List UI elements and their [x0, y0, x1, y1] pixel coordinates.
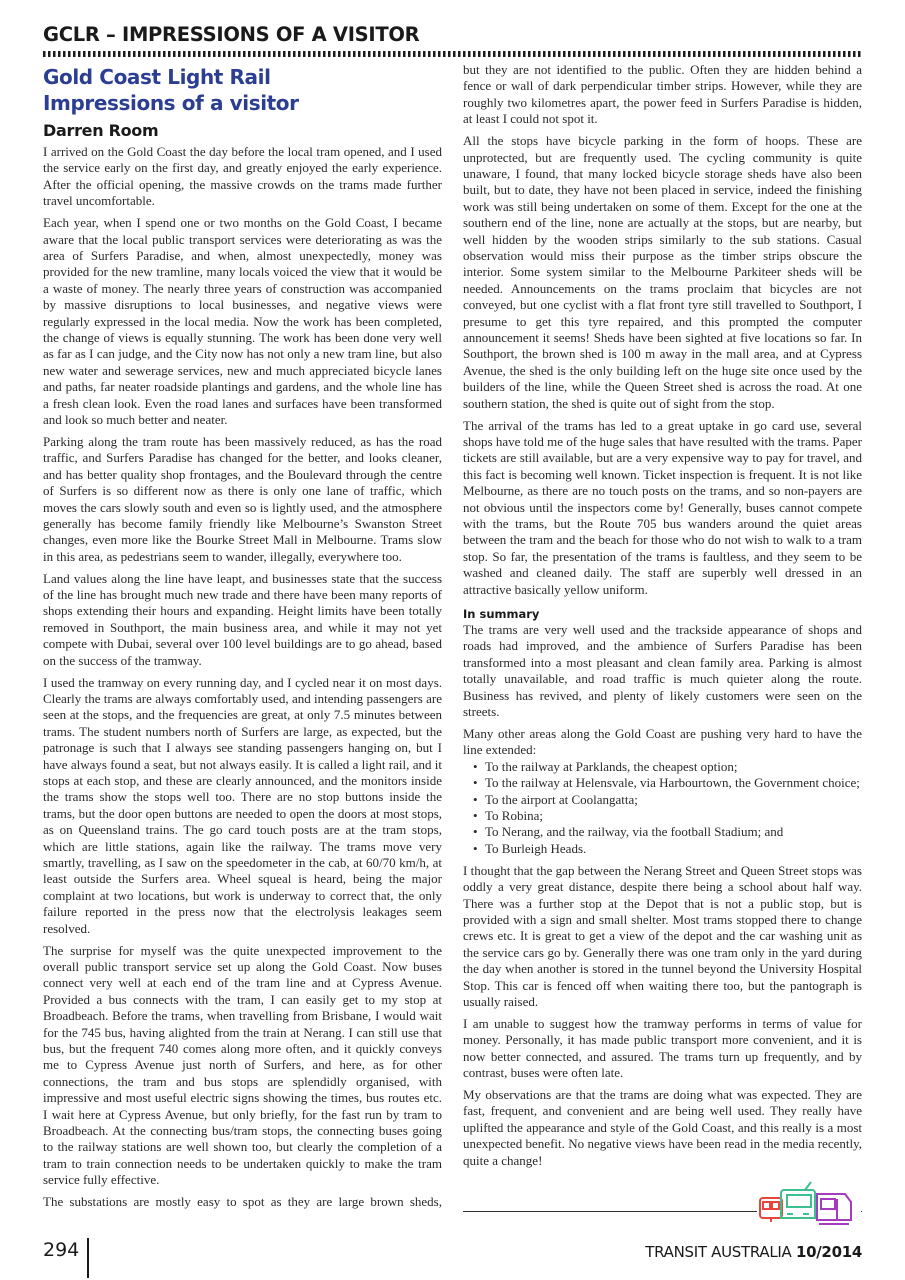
footer-page-number: 294 [43, 1238, 89, 1278]
paragraph: The substations are mostly easy to spot … [43, 1194, 442, 1210]
paragraph: Parking along the tram route has been ma… [43, 434, 442, 565]
article-author: Darren Room [43, 120, 442, 142]
paragraph: I used the tramway on every running day,… [43, 675, 442, 938]
extension-list: To the railway at Parklands, the cheapes… [463, 759, 862, 857]
paragraph: My observations are that the trams are d… [463, 1087, 862, 1169]
paragraph: I thought that the gap between the Neran… [463, 863, 862, 1011]
paragraph: All the stops have bicycle parking in th… [463, 133, 862, 412]
left-column: Gold Coast Light Rail Impressions of a v… [43, 64, 442, 1216]
page-number: 294 [43, 1238, 79, 1262]
paragraph: The surprise for myself was the quite un… [43, 943, 442, 1189]
paragraph: I am unable to suggest how the tramway p… [463, 1016, 862, 1082]
paragraph: but they are not identified to the publi… [463, 62, 862, 128]
paragraph: Many other areas along the Gold Coast ar… [463, 726, 862, 759]
paragraph: I arrived on the Gold Coast the day befo… [43, 144, 442, 210]
list-item: To the railway at Helensvale, via Harbou… [473, 775, 862, 791]
publication-name: TRANSIT AUSTRALIA [645, 1243, 791, 1261]
list-item: To the railway at Parklands, the cheapes… [473, 759, 862, 775]
article-title-line2: Impressions of a visitor [43, 90, 442, 116]
dotted-rule-divider [43, 51, 863, 57]
right-column: but they are not identified to the publi… [463, 62, 862, 1175]
list-item: To Nerang, and the railway, via the foot… [473, 824, 862, 840]
list-item: To Robina; [473, 808, 862, 824]
list-item: To Burleigh Heads. [473, 841, 862, 857]
paragraph: Each year, when I spend one or two month… [43, 215, 442, 428]
paragraph: The trams are very well used and the tra… [463, 622, 862, 720]
issue-number: 10/2014 [796, 1243, 862, 1261]
summary-heading: In summary [463, 606, 862, 622]
paragraph: The arrival of the trams has led to a gr… [463, 418, 862, 598]
footer-divider [87, 1238, 89, 1278]
article-title-line1: Gold Coast Light Rail [43, 64, 442, 90]
page-header: GCLR – IMPRESSIONS OF A VISITOR [43, 22, 863, 57]
footer-publication: TRANSIT AUSTRALIA 10/2014 [645, 1243, 862, 1261]
bus-tram-train-icon [757, 1178, 861, 1228]
paragraph: Land values along the line have leapt, a… [43, 571, 442, 669]
running-head: GCLR – IMPRESSIONS OF A VISITOR [43, 22, 863, 48]
list-item: To the airport at Coolangatta; [473, 792, 862, 808]
